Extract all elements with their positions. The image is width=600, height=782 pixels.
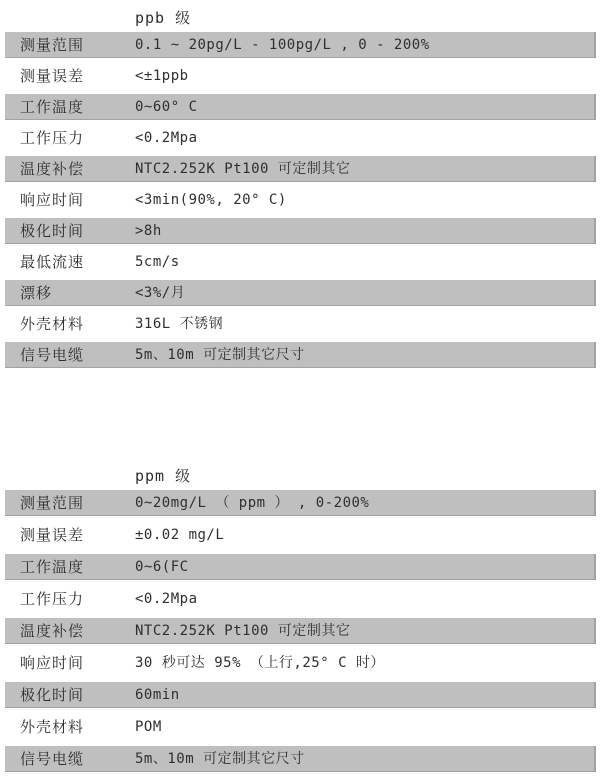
table-row: 温度补偿 NTC2.252K Pt100 可定制其它 xyxy=(5,156,596,182)
table-row: 工作温度 0~60° C xyxy=(5,94,596,120)
row-value: NTC2.252K Pt100 可定制其它 xyxy=(130,618,596,644)
row-value: 5m、10m 可定制其它尺寸 xyxy=(130,746,596,772)
row-label: 外壳材料 xyxy=(5,311,130,337)
ppb-spec-table: ppb 级 测量范围 0.1 ~ 20pg/L - 100pg/L , 0 - … xyxy=(5,6,596,373)
row-value: 0~60° C xyxy=(130,94,596,120)
row-label: 最低流速 xyxy=(5,249,130,275)
table-row: 测量误差 ±0.02 mg/L xyxy=(5,522,596,548)
table-row: 工作温度 0~6(FC xyxy=(5,554,596,580)
table-row: 响应时间 30 秒可达 95% （上行,25° C 时） xyxy=(5,650,596,676)
row-value: 5m、10m 可定制其它尺寸 xyxy=(130,342,596,368)
row-label: 信号电缆 xyxy=(5,342,130,368)
row-value: 5cm/s xyxy=(130,249,596,275)
row-value: <0.2Mpa xyxy=(130,586,596,612)
table-row: 极化时间 >8h xyxy=(5,218,596,244)
row-label: 外壳材料 xyxy=(5,714,130,740)
table-row: 信号电缆 5m、10m 可定制其它尺寸 xyxy=(5,342,596,368)
row-value: 316L 不锈钢 xyxy=(130,311,596,337)
row-label: 工作压力 xyxy=(5,125,130,151)
table-row: 测量误差 <±1ppb xyxy=(5,63,596,89)
table-row: 最低流速 5cm/s xyxy=(5,249,596,275)
spec-sheet-page: ppb 级 测量范围 0.1 ~ 20pg/L - 100pg/L , 0 - … xyxy=(0,0,600,782)
table-row: 漂移 <3%/月 xyxy=(5,280,596,306)
row-label: 漂移 xyxy=(5,280,130,306)
row-value: POM xyxy=(130,714,596,740)
table-row: 响应时间 <3min(90%, 20° C) xyxy=(5,187,596,213)
row-value: <3min(90%, 20° C) xyxy=(130,187,596,213)
table-row: 工作压力 <0.2Mpa xyxy=(5,125,596,151)
row-label: 响应时间 xyxy=(5,187,130,213)
ppm-spec-table: ppm 级 测量范围 0~20mg/L （ ppm ） , 0-200% 测量误… xyxy=(5,464,596,778)
row-value: 0.1 ~ 20pg/L - 100pg/L , 0 - 200% xyxy=(130,32,596,58)
table-row: 信号电缆 5m、10m 可定制其它尺寸 xyxy=(5,746,596,772)
row-value: <±1ppb xyxy=(130,63,596,89)
ppm-table-title: ppm 级 xyxy=(5,464,596,488)
row-label: 工作压力 xyxy=(5,586,130,612)
row-value: 30 秒可达 95% （上行,25° C 时） xyxy=(130,650,596,676)
row-value: 0~6(FC xyxy=(130,554,596,580)
row-label: 极化时间 xyxy=(5,682,130,708)
table-row: 外壳材料 POM xyxy=(5,714,596,740)
row-label: 信号电缆 xyxy=(5,746,130,772)
row-label: 温度补偿 xyxy=(5,618,130,644)
table-row: 工作压力 <0.2Mpa xyxy=(5,586,596,612)
row-label: 工作温度 xyxy=(5,554,130,580)
table-row: 温度补偿 NTC2.252K Pt100 可定制其它 xyxy=(5,618,596,644)
row-label: 测量范围 xyxy=(5,490,130,516)
table-row: 极化时间 60min xyxy=(5,682,596,708)
row-label: 工作温度 xyxy=(5,94,130,120)
row-value: 0~20mg/L （ ppm ） , 0-200% xyxy=(130,490,596,516)
row-label: 测量误差 xyxy=(5,522,130,548)
row-label: 温度补偿 xyxy=(5,156,130,182)
row-value: <3%/月 xyxy=(130,280,596,306)
row-value: 60min xyxy=(130,682,596,708)
row-label: 测量误差 xyxy=(5,63,130,89)
ppb-table-title: ppb 级 xyxy=(5,6,596,30)
row-value: <0.2Mpa xyxy=(130,125,596,151)
table-row: 测量范围 0.1 ~ 20pg/L - 100pg/L , 0 - 200% xyxy=(5,32,596,58)
table-row: 测量范围 0~20mg/L （ ppm ） , 0-200% xyxy=(5,490,596,516)
row-label: 测量范围 xyxy=(5,32,130,58)
row-value: ±0.02 mg/L xyxy=(130,522,596,548)
row-label: 极化时间 xyxy=(5,218,130,244)
row-value: NTC2.252K Pt100 可定制其它 xyxy=(130,156,596,182)
row-value: >8h xyxy=(130,218,596,244)
row-label: 响应时间 xyxy=(5,650,130,676)
table-row: 外壳材料 316L 不锈钢 xyxy=(5,311,596,337)
